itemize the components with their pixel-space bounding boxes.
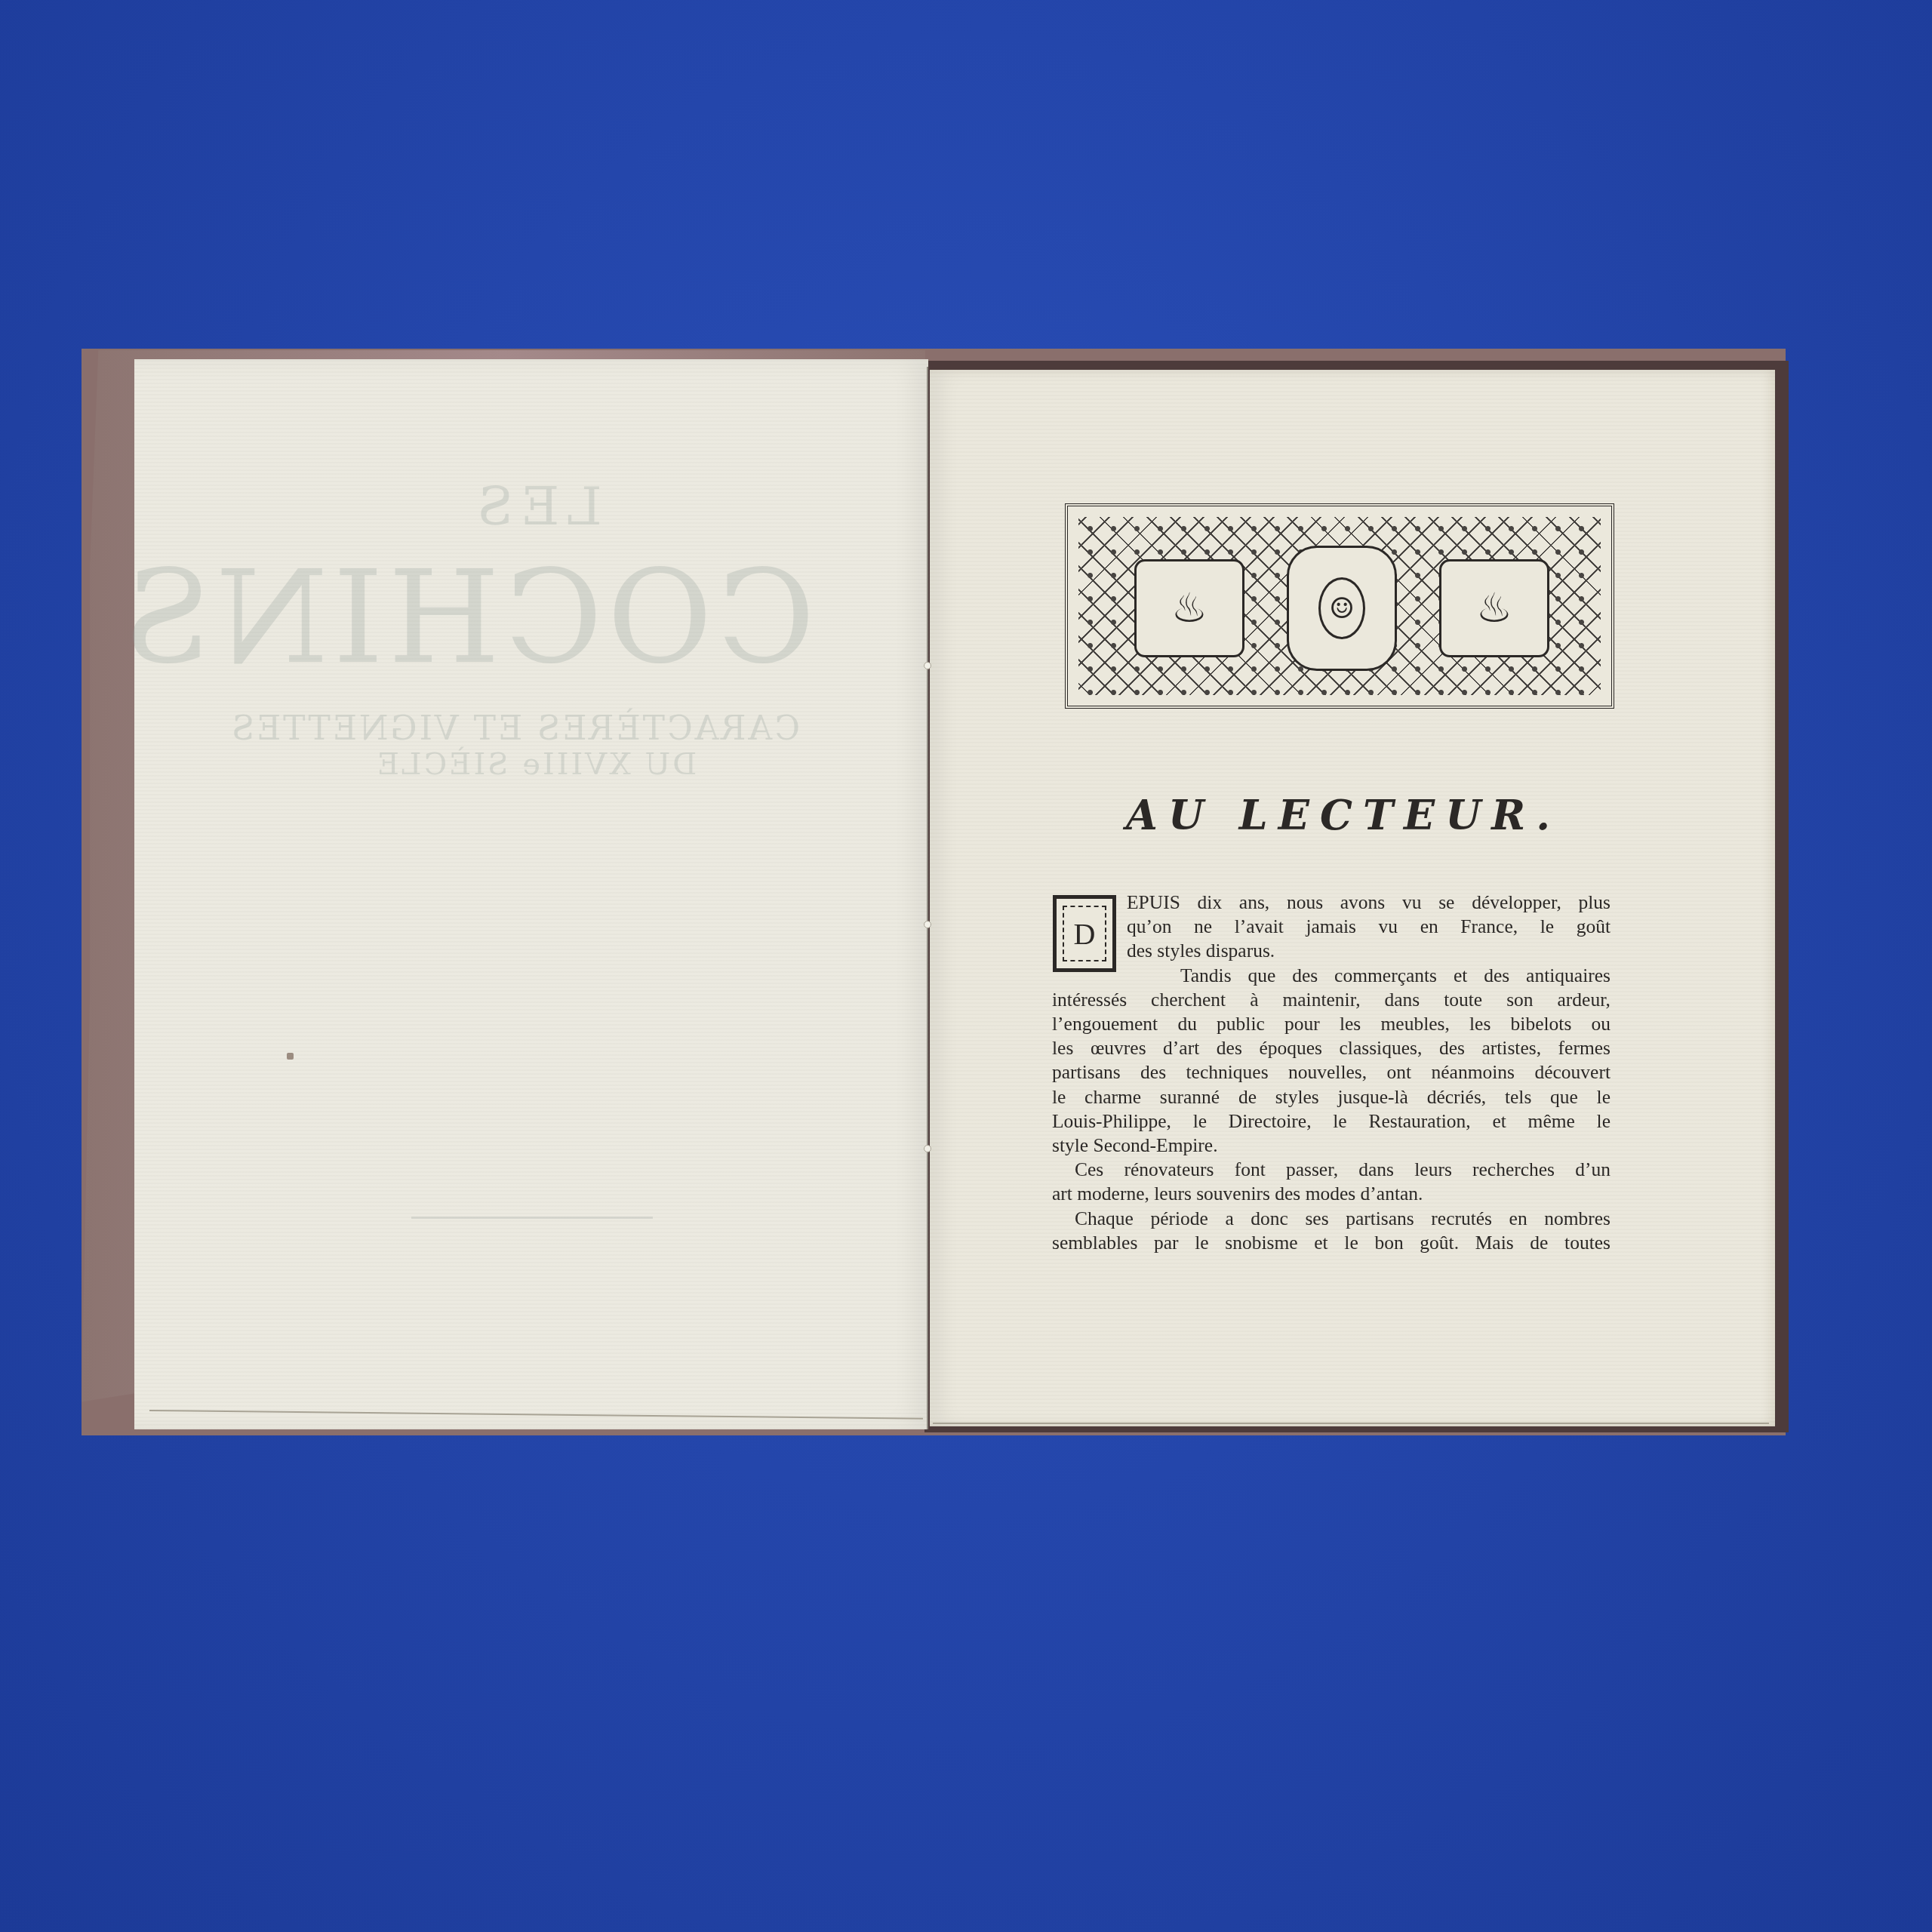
text-line: Chaque période a donc ses partisans recr… (1052, 1207, 1611, 1231)
flaming-urn-icon: ♨ (1171, 588, 1207, 629)
show-through-rule (411, 1217, 653, 1219)
urn-medallion-right: ♨ (1439, 559, 1549, 657)
text-line: EPUIS dix ans, nous avons vu se développ… (1052, 891, 1611, 915)
text-line: Louis-Philippe, le Directoire, le Restau… (1052, 1109, 1611, 1134)
binding-stitch (924, 921, 931, 928)
text-line: l’engouement du public pour les meubles,… (1052, 1012, 1611, 1036)
binding-stitch (924, 662, 931, 669)
show-through-subtitle-2: DU XVIIIe SIÈCLE (325, 747, 747, 782)
text-line: Ces rénovateurs font passer, dans leurs … (1052, 1158, 1611, 1182)
cameo-medallion-center: ☺ (1287, 546, 1397, 671)
flaming-urn-icon: ♨ (1476, 588, 1512, 629)
ornamental-headpiece: ♨ ☺ ♨ (1065, 503, 1614, 709)
body-text: EPUIS dix ans, nous avons vu se développ… (1052, 891, 1611, 1255)
binding-stitch (924, 1145, 931, 1152)
foxing-spot (287, 1053, 294, 1060)
text-line: des styles disparus. (1052, 939, 1611, 963)
text-line: qu’on ne l’avait jamais vu en France, le… (1052, 915, 1611, 939)
deckle-edge-right (933, 1423, 1769, 1424)
show-through-subtitle-1: CARACTÈRES ET VIGNETTES (272, 709, 800, 748)
text-line: art moderne, leurs souvenirs des modes d… (1052, 1182, 1611, 1206)
text-line: partisans des techniques nouvelles, ont … (1052, 1060, 1611, 1084)
text-line: le charme suranné de styles jusque-là dé… (1052, 1085, 1611, 1109)
text-line: semblables par le snobisme et le bon goû… (1052, 1231, 1611, 1255)
text-line: Tandis que des commerçants et des antiqu… (1052, 964, 1611, 988)
text-line: style Second-Empire. (1052, 1134, 1611, 1158)
chapter-title: AU LECTEUR. (1109, 791, 1577, 839)
text-line: les œuvres d’art des époques classiques,… (1052, 1036, 1611, 1060)
cameo-portrait-icon: ☺ (1318, 577, 1365, 639)
text-line: intéressés cherchent à maintenir, dans t… (1052, 988, 1611, 1012)
urn-medallion-left: ♨ (1134, 559, 1244, 657)
show-through-cochins: COCHINS (257, 543, 815, 693)
spine-gutter (927, 367, 928, 1429)
show-through-les: LES (423, 475, 649, 537)
